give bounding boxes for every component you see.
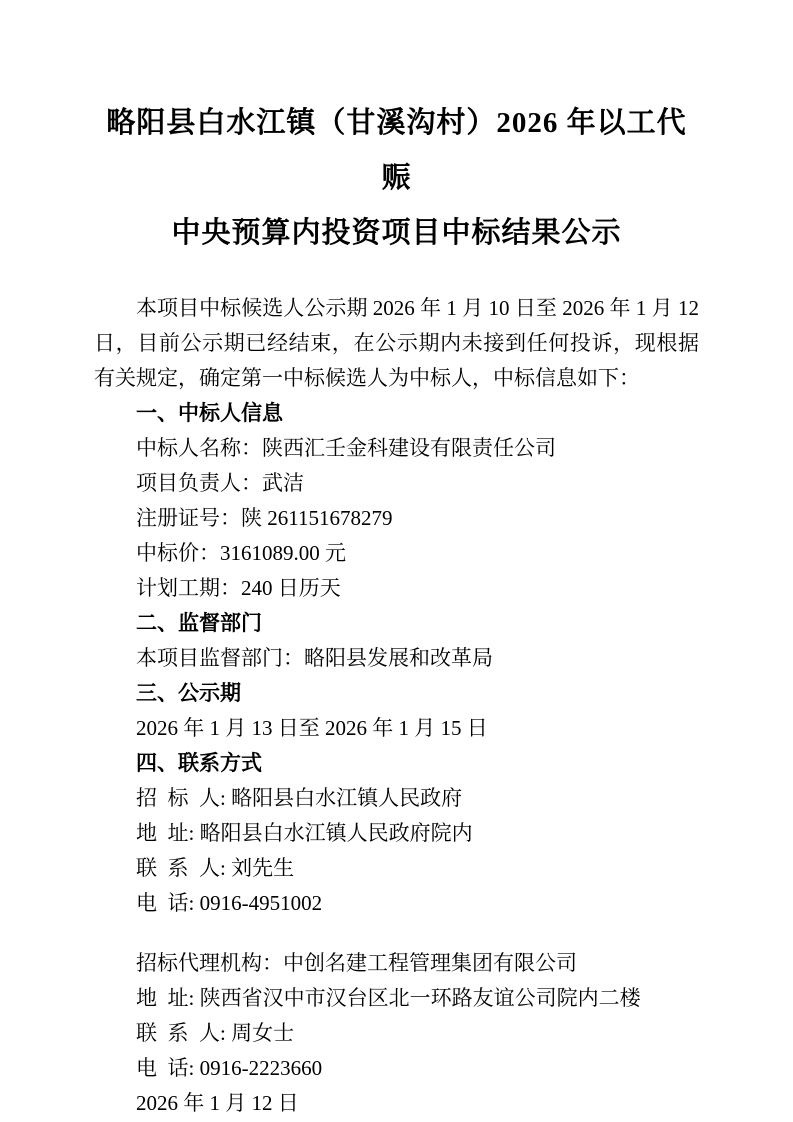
line-registration-number: 注册证号：陕 261151678279: [94, 501, 699, 536]
line-supervision-department: 本项目监督部门：略阳县发展和改革局: [94, 641, 699, 676]
line-publicity-period-dates: 2026 年 1 月 13 日至 2026 年 1 月 15 日: [94, 711, 699, 746]
line-project-manager: 项目负责人：武洁: [94, 466, 699, 501]
line-tenderer-contact-person: 联 系 人: 刘先生: [94, 851, 699, 886]
intro-paragraph: 本项目中标候选人公示期 2026 年 1 月 10 日至 2026 年 1 月 …: [94, 291, 699, 396]
document-title-line-1: 略阳县白水江镇（甘溪沟村）2026 年以工代赈: [94, 96, 699, 206]
line-tenderer-name: 招 标 人: 略阳县白水江镇人民政府: [94, 781, 699, 816]
blank-line-separator: [94, 921, 699, 946]
document-date: 2026 年 1 月 12 日: [94, 1086, 699, 1121]
line-construction-period: 计划工期：240 日历天: [94, 571, 699, 606]
line-agency-phone: 电 话: 0916-2223660: [94, 1051, 699, 1086]
notice-document-page: 略阳县白水江镇（甘溪沟村）2026 年以工代赈 中央预算内投资项目中标结果公示 …: [0, 0, 793, 1122]
line-agency-address: 地 址: 陕西省汉中市汉台区北一环路友谊公司院内二楼: [94, 981, 699, 1016]
section-heading-publicity-period: 三、公示期: [94, 676, 699, 711]
line-winner-name: 中标人名称：陕西汇壬金科建设有限责任公司: [94, 431, 699, 466]
section-heading-contact-info: 四、联系方式: [94, 746, 699, 781]
line-tenderer-phone: 电 话: 0916-4951002: [94, 886, 699, 921]
section-heading-supervision: 二、监督部门: [94, 606, 699, 641]
line-bid-price: 中标价：3161089.00 元: [94, 536, 699, 571]
line-agency-name: 招标代理机构：中创名建工程管理集团有限公司: [94, 946, 699, 981]
document-title-line-2: 中央预算内投资项目中标结果公示: [94, 206, 699, 261]
line-tenderer-address: 地 址: 略阳县白水江镇人民政府院内: [94, 816, 699, 851]
section-heading-winner-info: 一、中标人信息: [94, 396, 699, 431]
document-title: 略阳县白水江镇（甘溪沟村）2026 年以工代赈 中央预算内投资项目中标结果公示: [94, 96, 699, 261]
document-body: 本项目中标候选人公示期 2026 年 1 月 10 日至 2026 年 1 月 …: [94, 291, 699, 1121]
line-agency-contact-person: 联 系 人: 周女士: [94, 1016, 699, 1051]
